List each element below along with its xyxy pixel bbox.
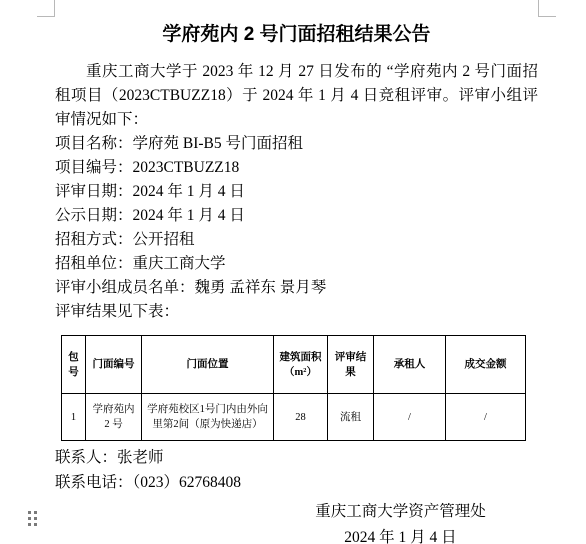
signature-org: 重庆工商大学资产管理处	[293, 499, 508, 525]
document-content: 学府苑内 2 号门面招租结果公告 重庆工商大学于 2023 年 12 月 27 …	[0, 0, 586, 544]
contact-phone-line: 联系电话：（023）62768408	[55, 471, 538, 495]
signature-date: 2024 年 1 月 4 日	[293, 525, 508, 544]
table-cell-review-result: 流租	[328, 394, 374, 441]
info-line-project-name: 项目名称：学府苑 BI-B5 号门面招租	[55, 132, 538, 156]
info-line-review-panel: 评审小组成员名单：魏勇 孟祥东 景月琴	[55, 276, 538, 300]
contact-block: 联系人：张老师 联系电话：（023）62768408	[55, 446, 538, 495]
table-header-review-result: 评审结果	[328, 336, 374, 394]
page-margin-crop-mark-right	[538, 0, 556, 17]
info-line-table-intro: 评审结果见下表：	[55, 300, 538, 324]
table-cell-shop-no: 学府苑内 2 号	[86, 394, 142, 441]
table-row: 1 学府苑内 2 号 学府苑校区1号门内由外向里第2间（原为快递店） 28 流租…	[62, 394, 526, 441]
signature-block: 重庆工商大学资产管理处 2024 年 1 月 4 日	[293, 499, 508, 544]
table-header-row: 包号 门面编号 门面位置 建筑面积（m²） 评审结果 承租人 成交金额	[62, 336, 526, 394]
table-cell-deal-amount: /	[446, 394, 526, 441]
intro-paragraph: 重庆工商大学于 2023 年 12 月 27 日发布的 “学府苑内 2 号门面招…	[55, 60, 538, 132]
info-line-rental-method: 招租方式：公开招租	[55, 228, 538, 252]
info-line-rental-unit: 招租单位：重庆工商大学	[55, 252, 538, 276]
page-margin-crop-mark-left	[37, 0, 55, 17]
dots-handle-icon	[28, 511, 37, 526]
info-line-publicity-date: 公示日期：2024 年 1 月 4 日	[55, 204, 538, 228]
document-title: 学府苑内 2 号门面招租结果公告	[55, 24, 538, 46]
table-header-lessee: 承租人	[374, 336, 446, 394]
table-cell-floor-area: 28	[274, 394, 328, 441]
results-table: 包号 门面编号 门面位置 建筑面积（m²） 评审结果 承租人 成交金额 1 学府…	[61, 335, 526, 441]
table-header-floor-area: 建筑面积（m²）	[274, 336, 328, 394]
document-page: 学府苑内 2 号门面招租结果公告 重庆工商大学于 2023 年 12 月 27 …	[0, 0, 586, 544]
contact-person-line: 联系人：张老师	[55, 446, 538, 470]
table-cell-shop-location: 学府苑校区1号门内由外向里第2间（原为快递店）	[142, 394, 274, 441]
table-header-deal-amount: 成交金额	[446, 336, 526, 394]
table-header-package-no: 包号	[62, 336, 86, 394]
table-header-shop-location: 门面位置	[142, 336, 274, 394]
table-header-shop-no: 门面编号	[86, 336, 142, 394]
info-line-review-date: 评审日期：2024 年 1 月 4 日	[55, 180, 538, 204]
info-line-project-number: 项目编号：2023CTBUZZ18	[55, 156, 538, 180]
table-cell-package-no: 1	[62, 394, 86, 441]
table-cell-lessee: /	[374, 394, 446, 441]
